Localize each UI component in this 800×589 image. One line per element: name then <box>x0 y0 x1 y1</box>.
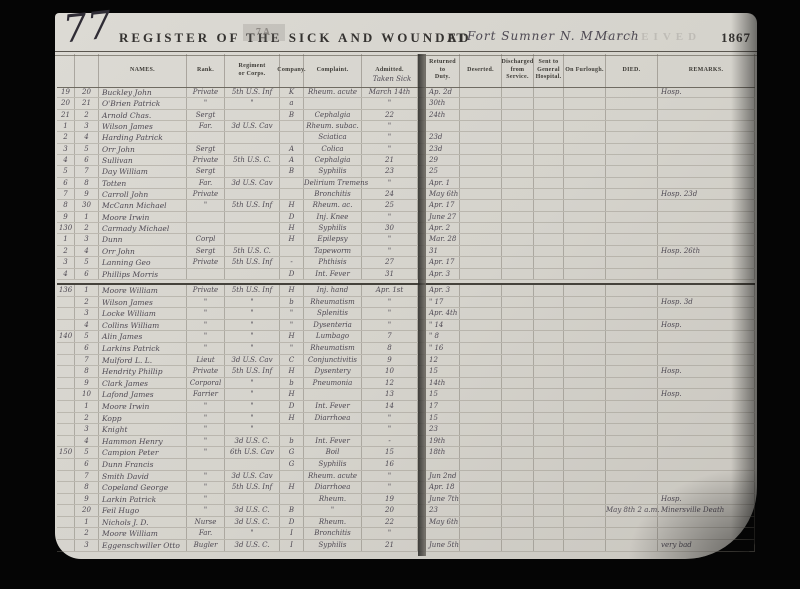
cell <box>564 389 606 400</box>
cell: Moore William <box>99 285 187 296</box>
cell: Diarrhoea <box>304 482 362 493</box>
cell <box>606 355 658 366</box>
cell <box>564 110 606 120</box>
cell <box>534 482 564 493</box>
cell <box>534 223 564 233</box>
cell <box>57 297 75 308</box>
cell: " <box>225 98 280 108</box>
cell: Pneumonia <box>304 378 362 389</box>
cell: Rheum. subac. <box>304 121 362 131</box>
cell: Farrier <box>187 389 225 400</box>
cell: Sullivan <box>99 155 187 165</box>
cell <box>460 459 502 470</box>
cell: " 16 <box>426 343 460 354</box>
cell: Boil <box>304 447 362 458</box>
cell <box>606 494 658 505</box>
cell: Carroll John <box>99 189 187 199</box>
cell <box>57 366 75 377</box>
cell <box>606 320 658 331</box>
cell <box>225 144 280 154</box>
cell <box>564 494 606 505</box>
cell: March 14th <box>362 87 418 97</box>
cell: Sergt <box>187 166 225 176</box>
cell: 9 <box>57 212 75 222</box>
header-cell: On Furlough. <box>564 54 606 87</box>
cell: Private <box>187 285 225 296</box>
cell: b <box>280 297 304 308</box>
cell: Private <box>187 366 225 377</box>
cell: Rheumatism <box>304 343 362 354</box>
cell: 3d U.S. Cav <box>225 355 280 366</box>
cell <box>606 436 658 447</box>
cell: 5th U.S. Inf <box>225 366 280 377</box>
cell <box>502 166 534 176</box>
cell: Epilepsy <box>304 234 362 244</box>
table-row: 1Nichols J. D.Nurse3d U.S. C.DRheum.22Ma… <box>57 517 755 529</box>
cell <box>460 401 502 412</box>
admitted-note-handwritten: Taken Sick <box>364 75 420 83</box>
cell <box>460 320 502 331</box>
cell <box>564 155 606 165</box>
cell <box>606 200 658 210</box>
cell <box>534 87 564 97</box>
cell: 5th U.S. C. <box>225 246 280 256</box>
cell <box>534 471 564 482</box>
cell: 31 <box>362 269 418 279</box>
cell: 2 <box>75 528 99 539</box>
cell: Nichols J. D. <box>99 517 187 528</box>
cell: 5 <box>75 144 99 154</box>
cell: " <box>187 331 225 342</box>
cell: 6 <box>75 343 99 354</box>
cell: 25 <box>426 166 460 176</box>
cell: C <box>280 355 304 366</box>
cell: Corpl <box>187 234 225 244</box>
cell: Hammon Henry <box>99 436 187 447</box>
table-row: 2Wilson James""bRheumatism"" 17Hosp. 3d <box>57 297 755 309</box>
cell <box>534 424 564 435</box>
cell: H <box>280 200 304 210</box>
cell <box>606 87 658 97</box>
cell <box>57 343 75 354</box>
cell: 5th U.S. Inf <box>225 257 280 267</box>
cell <box>57 459 75 470</box>
cell: Lieut <box>187 355 225 366</box>
cell: 7 <box>57 189 75 199</box>
cell: I <box>280 540 304 551</box>
cell <box>658 378 755 389</box>
cell <box>658 471 755 482</box>
cell <box>502 436 534 447</box>
cell: Lanning Geo <box>99 257 187 267</box>
cell: Lafond James <box>99 389 187 400</box>
cell <box>606 424 658 435</box>
cell: Colica <box>304 144 362 154</box>
cell: " <box>362 424 418 435</box>
cell: May 6th <box>426 517 460 528</box>
cell: Mar. 28 <box>426 234 460 244</box>
cell: 3d U.S. C. <box>225 436 280 447</box>
cell: 3d U.S. C. <box>225 540 280 551</box>
cell: 1 <box>75 401 99 412</box>
cell <box>187 269 225 279</box>
header-cell: Rank. <box>187 54 225 87</box>
cell: - <box>280 257 304 267</box>
cell: 20 <box>75 505 99 516</box>
cell: Bugler <box>187 540 225 551</box>
cell <box>564 166 606 176</box>
table-row: 8Hendrity PhillipPrivate5th U.S. InfHDys… <box>57 366 755 378</box>
cell <box>534 308 564 319</box>
table-row: 3Knight"""23 <box>57 424 755 436</box>
cell: Totten <box>99 178 187 188</box>
cell: Syphilis <box>304 540 362 551</box>
cell <box>460 285 502 296</box>
cell: Alin James <box>99 331 187 342</box>
cell: 3 <box>75 424 99 435</box>
cell: Hosp. <box>658 366 755 377</box>
cell: 136 <box>57 285 75 296</box>
header-cell: Complaint. <box>304 54 362 87</box>
header-cell: Discharged from Service. <box>502 54 534 87</box>
cell <box>502 257 534 267</box>
cell: Rheum. <box>304 517 362 528</box>
cell: Copeland George <box>99 482 187 493</box>
cell: H <box>280 389 304 400</box>
table-row: 6Larkins Patrick"""Rheumatism8" 16 <box>57 343 755 355</box>
cell <box>502 447 534 458</box>
cell <box>658 212 755 222</box>
cell: Lumbago <box>304 331 362 342</box>
cell: Private <box>187 87 225 97</box>
cell: 6 <box>75 459 99 470</box>
cell <box>460 389 502 400</box>
cell <box>658 285 755 296</box>
cell: 13 <box>362 389 418 400</box>
cell: 3d U.S. C. <box>225 517 280 528</box>
cell: May 6th <box>426 189 460 199</box>
cell <box>502 212 534 222</box>
cell: 4 <box>57 155 75 165</box>
cell <box>280 246 304 256</box>
binding-gutter-line <box>418 54 426 556</box>
cell: 15 <box>426 413 460 424</box>
cell: Apr. 1st <box>362 285 418 296</box>
cell: Larkins Patrick <box>99 343 187 354</box>
cell: 21 <box>57 110 75 120</box>
cell <box>225 459 280 470</box>
table-row: 212Arnold Chas.SergtBCephalgia2224th <box>57 110 755 121</box>
cell: 9 <box>362 355 418 366</box>
cell <box>534 505 564 516</box>
table-row: 35Lanning GeoPrivate5th U.S. Inf-Phthisi… <box>57 257 755 268</box>
cell: 15 <box>426 366 460 377</box>
cell: 3d U.S. C. <box>225 505 280 516</box>
table-row: 1361Moore WilliamPrivate5th U.S. InfHInj… <box>57 285 755 297</box>
cell <box>606 401 658 412</box>
cell <box>225 110 280 120</box>
cell: Hendrity Phillip <box>99 366 187 377</box>
cell: " <box>362 121 418 131</box>
cell <box>564 540 606 551</box>
cell: Dunn Francis <box>99 459 187 470</box>
cell: Bronchitis <box>304 528 362 539</box>
cell: Far. <box>187 178 225 188</box>
cell: 23 <box>362 166 418 176</box>
cell <box>57 308 75 319</box>
cell <box>564 212 606 222</box>
cell <box>460 528 502 539</box>
cell <box>460 297 502 308</box>
cell <box>658 447 755 458</box>
cell: 9 <box>75 494 99 505</box>
cell: May 8th 2 a.m. <box>606 505 658 516</box>
cell: " <box>225 401 280 412</box>
cell <box>502 144 534 154</box>
cell: Conjunctivitis <box>304 355 362 366</box>
table-row: 57Day WilliamSergtBSyphilis2325 <box>57 166 755 177</box>
cell <box>534 178 564 188</box>
table-row: 2Moore WilliamFar."IBronchitis" <box>57 528 755 540</box>
cell: Hosp. <box>658 87 755 97</box>
cell: Moore Irwin <box>99 401 187 412</box>
cell: Sergt <box>187 144 225 154</box>
cell: " <box>280 343 304 354</box>
cell <box>564 200 606 210</box>
cell <box>502 285 534 296</box>
cell: Cephalgia <box>304 155 362 165</box>
cell: Corporal <box>187 378 225 389</box>
cell <box>280 178 304 188</box>
cell: 30 <box>75 200 99 210</box>
cell: Far. <box>187 121 225 131</box>
cell <box>534 413 564 424</box>
cell: " <box>187 413 225 424</box>
cell <box>534 200 564 210</box>
cell <box>502 200 534 210</box>
cell: June 5th <box>426 540 460 551</box>
cell: O'Brien Patrick <box>99 98 187 108</box>
cell: 2 <box>75 223 99 233</box>
cell <box>57 401 75 412</box>
location-handwritten: Fort Sumner N. M. <box>467 29 598 43</box>
cell: 9 <box>75 189 99 199</box>
cell <box>564 459 606 470</box>
header-cell <box>57 54 75 87</box>
cell: Sciatica <box>304 132 362 142</box>
cell <box>564 366 606 377</box>
cell <box>426 459 460 470</box>
cell: " <box>280 320 304 331</box>
header-cell: Company. <box>280 54 304 87</box>
cell <box>534 540 564 551</box>
cell: Arnold Chas. <box>99 110 187 120</box>
cell: 1 <box>75 285 99 296</box>
cell: Phthisis <box>304 257 362 267</box>
table-row: 2Kopp""HDiarrhoea"15 <box>57 413 755 425</box>
cell <box>606 166 658 176</box>
cell <box>534 166 564 176</box>
cell <box>225 223 280 233</box>
cell: 15 <box>362 447 418 458</box>
cell: 5th U.S. Inf <box>225 285 280 296</box>
cell: 140 <box>57 331 75 342</box>
cell <box>57 424 75 435</box>
cell <box>564 401 606 412</box>
cell <box>502 355 534 366</box>
cell: 4 <box>75 436 99 447</box>
cell <box>460 447 502 458</box>
cell <box>564 320 606 331</box>
cell: D <box>280 269 304 279</box>
cell: 9 <box>75 378 99 389</box>
cell: 2 <box>75 110 99 120</box>
cell: 2 <box>57 132 75 142</box>
cell <box>658 132 755 142</box>
table-row: 1302Carmady MichaelHSyphilis30Apr. 2 <box>57 223 755 234</box>
cell <box>534 189 564 199</box>
cell <box>658 517 755 528</box>
cell <box>564 308 606 319</box>
cell <box>502 223 534 233</box>
cell: 12 <box>426 355 460 366</box>
cell <box>304 98 362 108</box>
cell <box>460 87 502 97</box>
cell <box>460 517 502 528</box>
table-row: 46Phillips MorrisDInt. Fever31Apr. 3 <box>57 269 755 280</box>
cell <box>564 447 606 458</box>
cell <box>502 494 534 505</box>
cell: 31 <box>426 246 460 256</box>
cell: B <box>280 505 304 516</box>
cell: Apr. 1 <box>426 178 460 188</box>
cell: Private <box>187 257 225 267</box>
at-label: AT <box>447 30 466 46</box>
cell: " <box>225 413 280 424</box>
cell: 1 <box>75 517 99 528</box>
cell <box>606 110 658 120</box>
cell <box>502 401 534 412</box>
cell: 10 <box>362 366 418 377</box>
cell: Wilson James <box>99 297 187 308</box>
cell <box>225 269 280 279</box>
cell: 8 <box>75 366 99 377</box>
cell: Harding Patrick <box>99 132 187 142</box>
cell <box>564 121 606 131</box>
cell: Inj. hand <box>304 285 362 296</box>
cell: Diarrhoea <box>304 413 362 424</box>
cell: Int. Fever <box>304 436 362 447</box>
cell <box>564 285 606 296</box>
cell <box>606 189 658 199</box>
cell: 19 <box>362 494 418 505</box>
cell <box>57 505 75 516</box>
cell <box>534 132 564 142</box>
table-row: 13Wilson JamesFar.3d U.S. CavRheum. suba… <box>57 121 755 132</box>
cell <box>658 110 755 120</box>
cell: " <box>225 297 280 308</box>
cell <box>658 528 755 539</box>
cell: Hosp. 26th <box>658 246 755 256</box>
cell <box>280 121 304 131</box>
table-row: 3Eggenschwiller OttoBugler3d U.S. C.ISyp… <box>57 540 755 552</box>
cell <box>426 121 460 131</box>
cell <box>606 121 658 131</box>
cell: 4 <box>57 269 75 279</box>
cell: B <box>280 166 304 176</box>
cell: G <box>280 447 304 458</box>
cell <box>502 378 534 389</box>
cell <box>658 424 755 435</box>
cell: 3d U.S. Cav <box>225 178 280 188</box>
header-cell: NAMES. <box>99 54 187 87</box>
cell <box>564 87 606 97</box>
table-row: 46SullivanPrivate5th U.S. C.ACephalgia21… <box>57 155 755 166</box>
cell <box>460 234 502 244</box>
cell: 29 <box>426 155 460 165</box>
cell <box>606 471 658 482</box>
header-cell: Sent to General Hospital. <box>534 54 564 87</box>
cell: Buckley John <box>99 87 187 97</box>
cell: " <box>225 528 280 539</box>
cell: a <box>280 98 304 108</box>
cell: 22 <box>362 110 418 120</box>
cell: 24 <box>362 189 418 199</box>
cell: 1 <box>75 212 99 222</box>
cell: June 27 <box>426 212 460 222</box>
cell <box>502 132 534 142</box>
table-row: 24Orr JohnSergt5th U.S. C.Tapeworm"31Hos… <box>57 246 755 257</box>
cell <box>606 459 658 470</box>
cell <box>187 223 225 233</box>
cell <box>658 200 755 210</box>
cell: " <box>187 98 225 108</box>
cell <box>460 366 502 377</box>
cell <box>502 308 534 319</box>
table-row: 20Feil Hugo"3d U.S. C.B"2023May 8th 2 a.… <box>57 505 755 517</box>
cell: 23d <box>426 144 460 154</box>
cell <box>564 178 606 188</box>
cell: Rheumatism <box>304 297 362 308</box>
cell <box>502 540 534 551</box>
cell: H <box>280 366 304 377</box>
cell: Apr. 17 <box>426 200 460 210</box>
cell <box>564 331 606 342</box>
cell: - <box>362 436 418 447</box>
cell <box>460 200 502 210</box>
table-row: 10Lafond JamesFarrier"H1315Hosp. <box>57 389 755 401</box>
cell: " <box>362 98 418 108</box>
cell <box>502 413 534 424</box>
cell <box>534 343 564 354</box>
cell: b <box>280 436 304 447</box>
cell <box>502 87 534 97</box>
cell <box>187 132 225 142</box>
cell: Hosp. <box>658 389 755 400</box>
cell: 19 <box>57 87 75 97</box>
cell: Int. Fever <box>304 269 362 279</box>
table-row: 7Mulford L. L.Lieut3d U.S. CavCConjuncti… <box>57 355 755 367</box>
cell <box>280 424 304 435</box>
cell <box>606 269 658 279</box>
cell: " <box>225 320 280 331</box>
cell <box>426 528 460 539</box>
cell <box>502 155 534 165</box>
cell: 3d U.S. Cav <box>225 121 280 131</box>
cell: " <box>362 246 418 256</box>
cell <box>658 413 755 424</box>
cell: 20 <box>75 87 99 97</box>
